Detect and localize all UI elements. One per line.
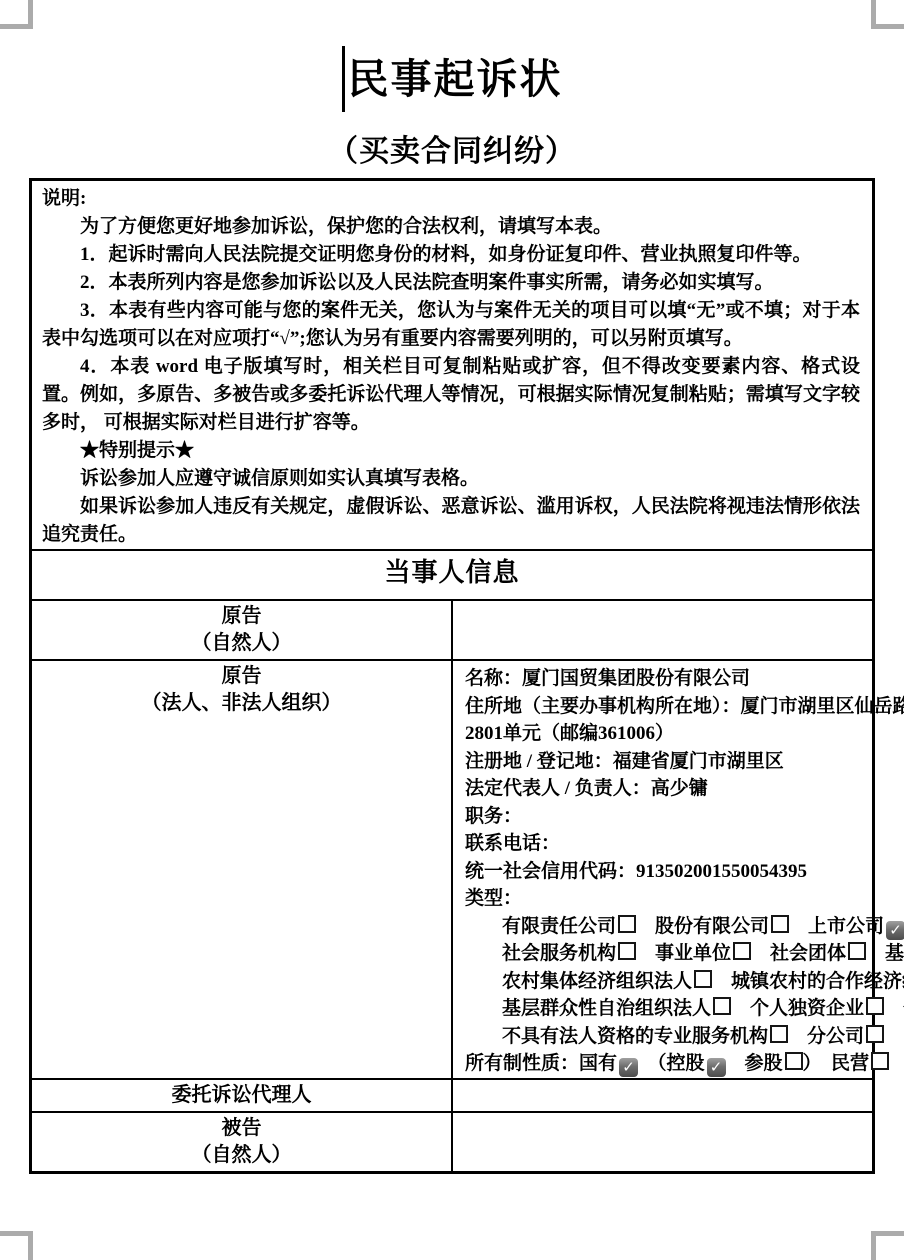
instructions-paragraphs: 为了方便您更好地参加诉讼，保护您的合法权利，请填写本表。1．起诉时需向人民法院提…	[42, 213, 860, 549]
checkbox-unchecked-icon[interactable]	[785, 1052, 803, 1070]
instruction-paragraph: 诉讼参加人应遵守诚信原则如实认真填写表格。	[42, 465, 860, 493]
field-text: 城镇农村的合作经济组织法人	[712, 971, 904, 992]
checkbox-unchecked-icon[interactable]	[848, 942, 866, 960]
instructions-label: 说明:	[42, 185, 860, 213]
field-text: 联系电话：	[465, 833, 560, 854]
instruction-paragraph: ★特别提示★	[42, 437, 860, 465]
crop-mark-top-right-icon	[871, 0, 904, 29]
field-line: 职务：	[465, 803, 866, 831]
section-header-row: 当事人信息	[31, 550, 874, 600]
crop-mark-bottom-right-icon	[871, 1231, 904, 1260]
table-row-plaintiff-natural: 原告 （自然人）	[31, 600, 874, 660]
value-plaintiff-natural[interactable]	[452, 600, 874, 660]
document-page: 民事起诉状 （买卖合同纠纷） 说明: 为了方便您更好地参加诉讼，保护您的合法权利…	[0, 0, 904, 1260]
field-line: 联系电话：	[465, 830, 866, 858]
field-text: 不具有法人资格的专业服务机构	[502, 1026, 768, 1047]
label-defendant-natural: 被告 （自然人）	[31, 1112, 453, 1173]
label-line: 委托诉讼代理人	[32, 1082, 451, 1109]
field-line: 农村集体经济组织法人 城镇农村的合作经济组织法人	[465, 968, 866, 996]
field-text: 类型：	[465, 888, 522, 909]
text-cursor	[342, 46, 345, 112]
checkbox-unchecked-icon[interactable]	[694, 970, 712, 988]
label-plaintiff-natural: 原告 （自然人）	[31, 600, 453, 660]
value-plaintiff-org[interactable]: 名称：厦门国贸集团股份有限公司住所地（主要办事机构所在地）：厦门市湖里区仙岳路4…	[452, 660, 874, 1079]
instruction-paragraph: 3．本表有些内容可能与您的案件无关，您认为与案件无关的项目可以填“无”或不填；对…	[42, 297, 860, 353]
checkbox-unchecked-icon[interactable]	[866, 997, 884, 1015]
field-text: 2801单元（邮编361006）	[465, 723, 674, 744]
value-agent[interactable]	[452, 1079, 874, 1112]
checkbox-unchecked-icon[interactable]	[871, 1052, 889, 1070]
instruction-paragraph: 1．起诉时需向人民法院提交证明您身份的材料，如身份证复印件、营业执照复印件等。	[42, 241, 860, 269]
checkbox-checked-icon[interactable]: ✓	[707, 1058, 726, 1077]
field-line: 所有制性质：国有✓ （控股✓ 参股） 民营 其他	[465, 1050, 866, 1078]
page-subtitle: （买卖合同纠纷）	[0, 126, 904, 170]
field-text: 基层群众性自治组织法人	[502, 998, 711, 1019]
instruction-paragraph: 如果诉讼参加人违反有关规定，虚假诉讼、恶意诉讼、滥用诉权，人民法院将视违法情形依…	[42, 493, 860, 549]
field-line: 不具有法人资格的专业服务机构 分公司	[465, 1023, 866, 1051]
label-line: 原告	[32, 663, 451, 690]
field-text: 分公司	[788, 1026, 864, 1047]
field-line: 住所地（主要办事机构所在地）：厦门市湖里区仙岳路4688号国贸中心	[465, 693, 866, 721]
field-text: 上市公司	[789, 916, 884, 937]
field-text: 住所地（主要办事机构所在地）：厦门市湖里区仙岳路4688号国贸中心	[465, 696, 904, 717]
instruction-paragraph: 2．本表所列内容是您参加诉讼以及人民法院查明案件事实所需，请务必如实填写。	[42, 269, 860, 297]
field-line: 社会服务机构 事业单位 社会团体 基金会 机关法人	[465, 940, 866, 968]
field-text: 统一社会信用代码：913502001550054395	[465, 861, 807, 882]
crop-mark-bottom-left-icon	[0, 1231, 33, 1260]
field-line: 法定代表人 / 负责人：高少镛	[465, 775, 866, 803]
label-line: （自然人）	[32, 630, 451, 657]
label-agent: 委托诉讼代理人	[31, 1079, 453, 1112]
field-line: 注册地 / 登记地：福建省厦门市湖里区	[465, 748, 866, 776]
field-text: 社会服务机构	[502, 943, 616, 964]
instructions-row: 说明: 为了方便您更好地参加诉讼，保护您的合法权利，请填写本表。1．起诉时需向人…	[31, 180, 874, 551]
checkbox-unchecked-icon[interactable]	[618, 942, 636, 960]
field-text: 合伙企业	[884, 998, 904, 1019]
label-line: 原告	[32, 603, 451, 630]
label-line: （法人、非法人组织）	[32, 690, 451, 717]
form-table: 说明: 为了方便您更好地参加诉讼，保护您的合法权利，请填写本表。1．起诉时需向人…	[29, 178, 875, 1174]
field-line: 2801单元（邮编361006）	[465, 720, 866, 748]
table-row-agent: 委托诉讼代理人	[31, 1079, 874, 1112]
field-text: 社会团体	[751, 943, 846, 964]
field-text: 所有制性质：国有	[465, 1053, 617, 1074]
checkbox-unchecked-icon[interactable]	[866, 1025, 884, 1043]
value-defendant-natural[interactable]	[452, 1112, 874, 1173]
field-text: 注册地 / 登记地：福建省厦门市湖里区	[465, 751, 784, 772]
table-row-plaintiff-org: 原告 （法人、非法人组织） 名称：厦门国贸集团股份有限公司住所地（主要办事机构所…	[31, 660, 874, 1079]
label-plaintiff-org: 原告 （法人、非法人组织）	[31, 660, 453, 1079]
checkbox-checked-icon[interactable]: ✓	[619, 1058, 638, 1077]
title-row: 民事起诉状	[0, 46, 904, 112]
field-text: （控股	[638, 1053, 705, 1074]
section-header-party-info: 当事人信息	[31, 550, 874, 600]
instruction-paragraph: 为了方便您更好地参加诉讼，保护您的合法权利，请填写本表。	[42, 213, 860, 241]
instructions-cell: 说明: 为了方便您更好地参加诉讼，保护您的合法权利，请填写本表。1．起诉时需向人…	[31, 180, 874, 551]
checkbox-unchecked-icon[interactable]	[771, 915, 789, 933]
checkbox-unchecked-icon[interactable]	[733, 942, 751, 960]
field-text: ） 民营	[803, 1053, 870, 1074]
table-row-defendant-natural: 被告 （自然人）	[31, 1112, 874, 1173]
label-line: 被告	[32, 1115, 451, 1142]
field-text: 有限责任公司	[502, 916, 616, 937]
field-line: 基层群众性自治组织法人 个人独资企业 合伙企业	[465, 995, 866, 1023]
field-text: 农村集体经济组织法人	[502, 971, 692, 992]
crop-mark-top-left-icon	[0, 0, 33, 29]
field-text: 职务：	[465, 806, 522, 827]
label-line: （自然人）	[32, 1142, 451, 1169]
field-text: 事业单位	[636, 943, 731, 964]
field-text: 法定代表人 / 负责人：高少镛	[465, 778, 708, 799]
checkbox-unchecked-icon[interactable]	[713, 997, 731, 1015]
field-text: 参股	[726, 1053, 783, 1074]
field-text: 其他	[889, 1053, 904, 1074]
page-title: 民事起诉状	[348, 46, 563, 112]
field-text: 基金会	[866, 943, 904, 964]
instruction-paragraph: 4．本表 word 电子版填写时，相关栏目可复制粘贴或扩容，但不得改变要素内容、…	[42, 353, 860, 437]
field-line: 类型：	[465, 885, 866, 913]
field-text: 股份有限公司	[636, 916, 769, 937]
field-line: 统一社会信用代码：913502001550054395	[465, 858, 866, 886]
field-text: 个人独资企业	[731, 998, 864, 1019]
checkbox-checked-icon[interactable]: ✓	[886, 921, 904, 940]
field-line: 名称：厦门国贸集团股份有限公司	[465, 665, 866, 693]
checkbox-unchecked-icon[interactable]	[618, 915, 636, 933]
checkbox-unchecked-icon[interactable]	[770, 1025, 788, 1043]
field-line: 有限责任公司 股份有限公司 上市公司✓ 其他企业法人	[465, 913, 866, 941]
field-text: 名称：厦门国贸集团股份有限公司	[465, 668, 750, 689]
